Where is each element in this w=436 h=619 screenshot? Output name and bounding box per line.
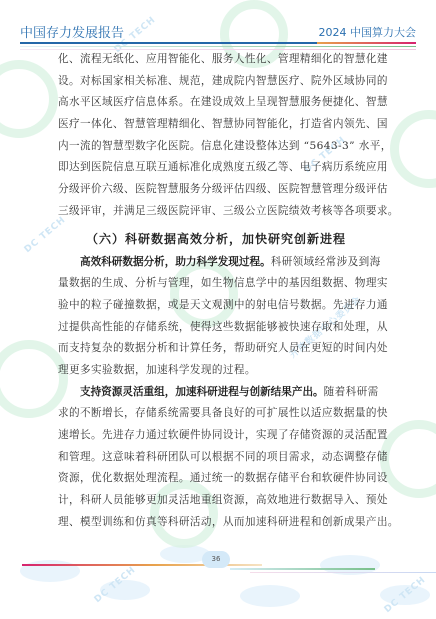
event-title: 2024 中国算力大会 [319, 24, 417, 40]
text-line: 资源，优化数据处理流程。通过统一的数据存储平台和软硬件协同设 [58, 468, 376, 490]
paragraph-lead: 支持资源灵活重组，加速科研进程与创新结果产出。 [80, 386, 324, 398]
text-line: 过提供高性能的存储系统，使得这些数据能够被快速存取和处理，从 [58, 317, 376, 339]
text-line: 速增长。先进存力通过软硬件协同设计，实现了存储资源的灵活配置 [58, 425, 376, 447]
text-line: 支持资源灵活重组，加速科研进程与创新结果产出。随着科研需 [58, 382, 376, 404]
document-body: 化、流程无纸化、应用智能化、服务人性化、管理精细化的智慧化建 设。对标国家相关标… [58, 49, 376, 533]
text-fragment: 随着科研需 [324, 386, 379, 398]
text-fragment: 科研领域经常涉及到海 [271, 256, 381, 268]
text-line: 求的不断增长，存储系统需要具备良好的可扩展性以适应数据量的快 [58, 403, 376, 425]
footer-rule-green [230, 568, 375, 570]
text-line: 量数据的生成、分析与管理，如生物信息学中的基因组数据、物理实 [58, 273, 376, 295]
text-line: 即达到医院信息互联互通标准化成熟度五级乙等、电子病历系统应用 [58, 157, 376, 179]
text-line: 计，科研人员能够更加灵活地重组资源，高效地进行数据导入、预处 [58, 490, 376, 512]
header-rule-green [20, 46, 416, 47]
header-rule-blue [20, 42, 317, 44]
paragraph-lead: 高效科研数据分析，助力科学发现过程。 [80, 256, 271, 268]
page-footer: 36 [20, 560, 436, 590]
paragraph-hospital: 化、流程无纸化、应用智能化、服务人性化、管理精细化的智慧化建 设。对标国家相关标… [58, 49, 376, 223]
text-line: 理更多实验数据，加速科学发现的过程。 [58, 360, 376, 382]
text-line: 理、模型训练和仿真等科研活动，从而加速科研进程和创新成果产出。 [58, 512, 376, 534]
page-number: 36 [202, 551, 230, 568]
text-line: 设。对标国家相关标准、规范，建成院内智慧医疗、院外区域协同的 [58, 71, 376, 93]
report-title: 中国存力发展报告 [20, 22, 124, 41]
text-line: 医疗一体化、智慧管理精细化、智慧协同智能化，打造省内领先、国 [58, 114, 376, 136]
text-line: 分级评价六级、医院智慧服务分级评估四级、医院智慧管理分级评估 [58, 179, 376, 201]
text-line: 三级评审，并满足三级医院评审、三级公立医院绩效考核等各项要求。 [58, 201, 376, 223]
text-line: 和管理。这意味着科研团队可以根据不同的项目需求，动态调整存储 [58, 447, 376, 469]
text-line: 高水平区域医疗信息体系。在建设成效上呈现智慧服务便捷化、智慧 [58, 92, 376, 114]
paragraph-resource-reorg: 支持资源灵活重组，加速科研进程与创新结果产出。随着科研需 求的不断增长，存储系统… [58, 382, 376, 534]
header-rule-gradient [317, 42, 416, 44]
section-heading: （六）科研数据高效分析，加快研究创新进程 [58, 226, 376, 252]
text-line: 内一流的智慧型数字化医院。信息化建设整体达到 “5643-3” 水平， [58, 136, 376, 158]
text-line: 化、流程无纸化、应用智能化、服务人性化、管理精细化的智慧化建 [58, 49, 376, 71]
footer-rule-lilac [250, 572, 436, 573]
text-line: 验中的粒子碰撞数据，或是天文观测中的射电信号数据。先进存力通 [58, 295, 376, 317]
paragraph-research-analysis: 高效科研数据分析，助力科学发现过程。科研领域经常涉及到海 量数据的生成、分析与管… [58, 252, 376, 382]
text-line: 而支持复杂的数据分析和计算任务，帮助研究人员在更短的时间内处 [58, 338, 376, 360]
text-line: 高效科研数据分析，助力科学发现过程。科研领域经常涉及到海 [58, 252, 376, 274]
